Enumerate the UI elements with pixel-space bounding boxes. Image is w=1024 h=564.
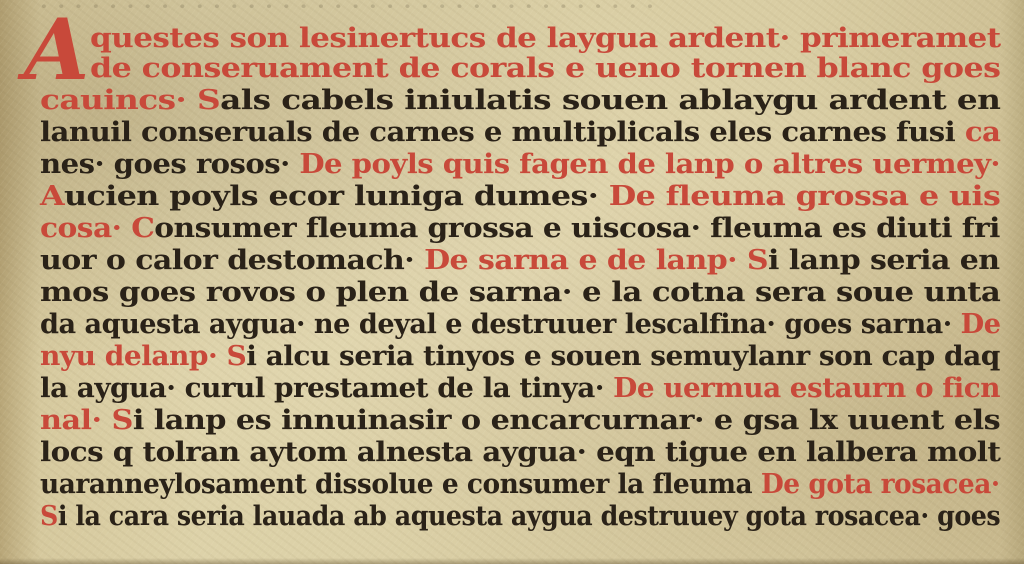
manuscript-line: la aygua· curul prestamet de la tinya· D…	[40, 374, 1000, 404]
body-text: nes· goes rosos·	[40, 149, 299, 180]
body-text: mos goes rovos o plen de sarna· e la cot…	[40, 277, 1000, 308]
faded-previous-line: · · · · · · · · · · · · · · · · · · · · …	[40, 0, 1020, 13]
manuscript-line: Aucien poyls ecor luniga dumes· De fleum…	[40, 182, 1000, 212]
rubric-text: ca	[965, 117, 1001, 148]
manuscript-line: uaranneylosament dissolue e consumer la …	[40, 470, 1000, 500]
decorated-initial-letter: A	[24, 8, 89, 92]
body-text: ucien poyls ecor luniga dumes·	[64, 181, 609, 212]
rubric-text: questes son lesinertucs de laygua ardent…	[90, 23, 1001, 54]
manuscript-line: lanuil conseruals de carnes e multiplica…	[40, 118, 1000, 148]
rubric-text: De sarna e de lanp· S	[424, 245, 768, 276]
rubric-text: cosa· C	[40, 213, 154, 244]
rubric-text: nal· S	[40, 405, 133, 436]
rubric-text: De gota rosacea·	[761, 469, 1000, 500]
body-text: als cabels iniulatis souen ablaygu arden…	[220, 85, 1000, 116]
body-text: locs q tolran aytom alnesta aygua· eqn t…	[40, 437, 1000, 468]
rubric-text: de conseruament de corals e ueno tornen …	[90, 53, 1000, 84]
body-text: lanuil conseruals de carnes e multiplica…	[40, 117, 965, 148]
manuscript-line: locs q tolran aytom alnesta aygua· eqn t…	[40, 438, 1000, 468]
body-text: i lanp seria en	[768, 245, 1000, 276]
rubric-text: De	[961, 309, 1001, 340]
page-edge-shadow	[0, 558, 1024, 564]
body-text: uor o calor destomach·	[40, 245, 424, 276]
rubric-text: cauincs· S	[40, 85, 220, 116]
manuscript-line: uor o calor destomach· De sarna e de lan…	[40, 246, 1000, 276]
manuscript-line: questes son lesinertucs de laygua ardent…	[90, 24, 1001, 54]
rubric-text: S	[40, 501, 58, 532]
manuscript-line: da aquesta aygua· ne deyal e destruuer l…	[40, 310, 1000, 340]
body-text: i lanp es innuinasir o encarcurnar· e gs…	[133, 405, 1000, 436]
rubric-text: De poyls quis fagen de lanp o altres uer…	[299, 149, 1000, 180]
rubric-text: nyu delanp· S	[40, 341, 246, 372]
rubric-text: A	[40, 181, 64, 212]
body-text: i alcu seria tinyos e souen semuylanr so…	[246, 341, 1000, 372]
body-text: la aygua· curul prestamet de la tinya·	[40, 373, 613, 404]
rubric-text: De uermua estaurn o ficn	[613, 373, 1000, 404]
manuscript-line: mos goes rovos o plen de sarna· e la cot…	[40, 278, 1000, 308]
manuscript-line: Si la cara seria lauada ab aquesta aygua…	[40, 502, 1000, 532]
body-text: uaranneylosament dissolue e consumer la …	[40, 469, 761, 500]
manuscript-page: · · · · · · · · · · · · · · · · · · · · …	[0, 0, 1024, 564]
manuscript-line: nyu delanp· Si alcu seria tinyos e souen…	[40, 342, 1000, 372]
manuscript-line: nal· Si lanp es innuinasir o encarcurnar…	[40, 406, 1000, 436]
body-text: i la cara seria lauada ab aquesta aygua …	[58, 501, 1000, 532]
manuscript-line: cosa· Consumer fleuma grossa e uiscosa· …	[40, 214, 1000, 244]
manuscript-line: nes· goes rosos· De poyls quis fagen de …	[40, 150, 1000, 180]
rubric-text: De fleuma grossa e uis	[609, 181, 1001, 212]
manuscript-line: cauincs· Sals cabels iniulatis souen abl…	[40, 86, 1000, 116]
manuscript-line: de conseruament de corals e ueno tornen …	[90, 54, 1000, 84]
body-text: onsumer fleuma grossa e uiscosa· fleuma …	[154, 213, 1000, 244]
body-text: da aquesta aygua· ne deyal e destruuer l…	[40, 309, 961, 340]
